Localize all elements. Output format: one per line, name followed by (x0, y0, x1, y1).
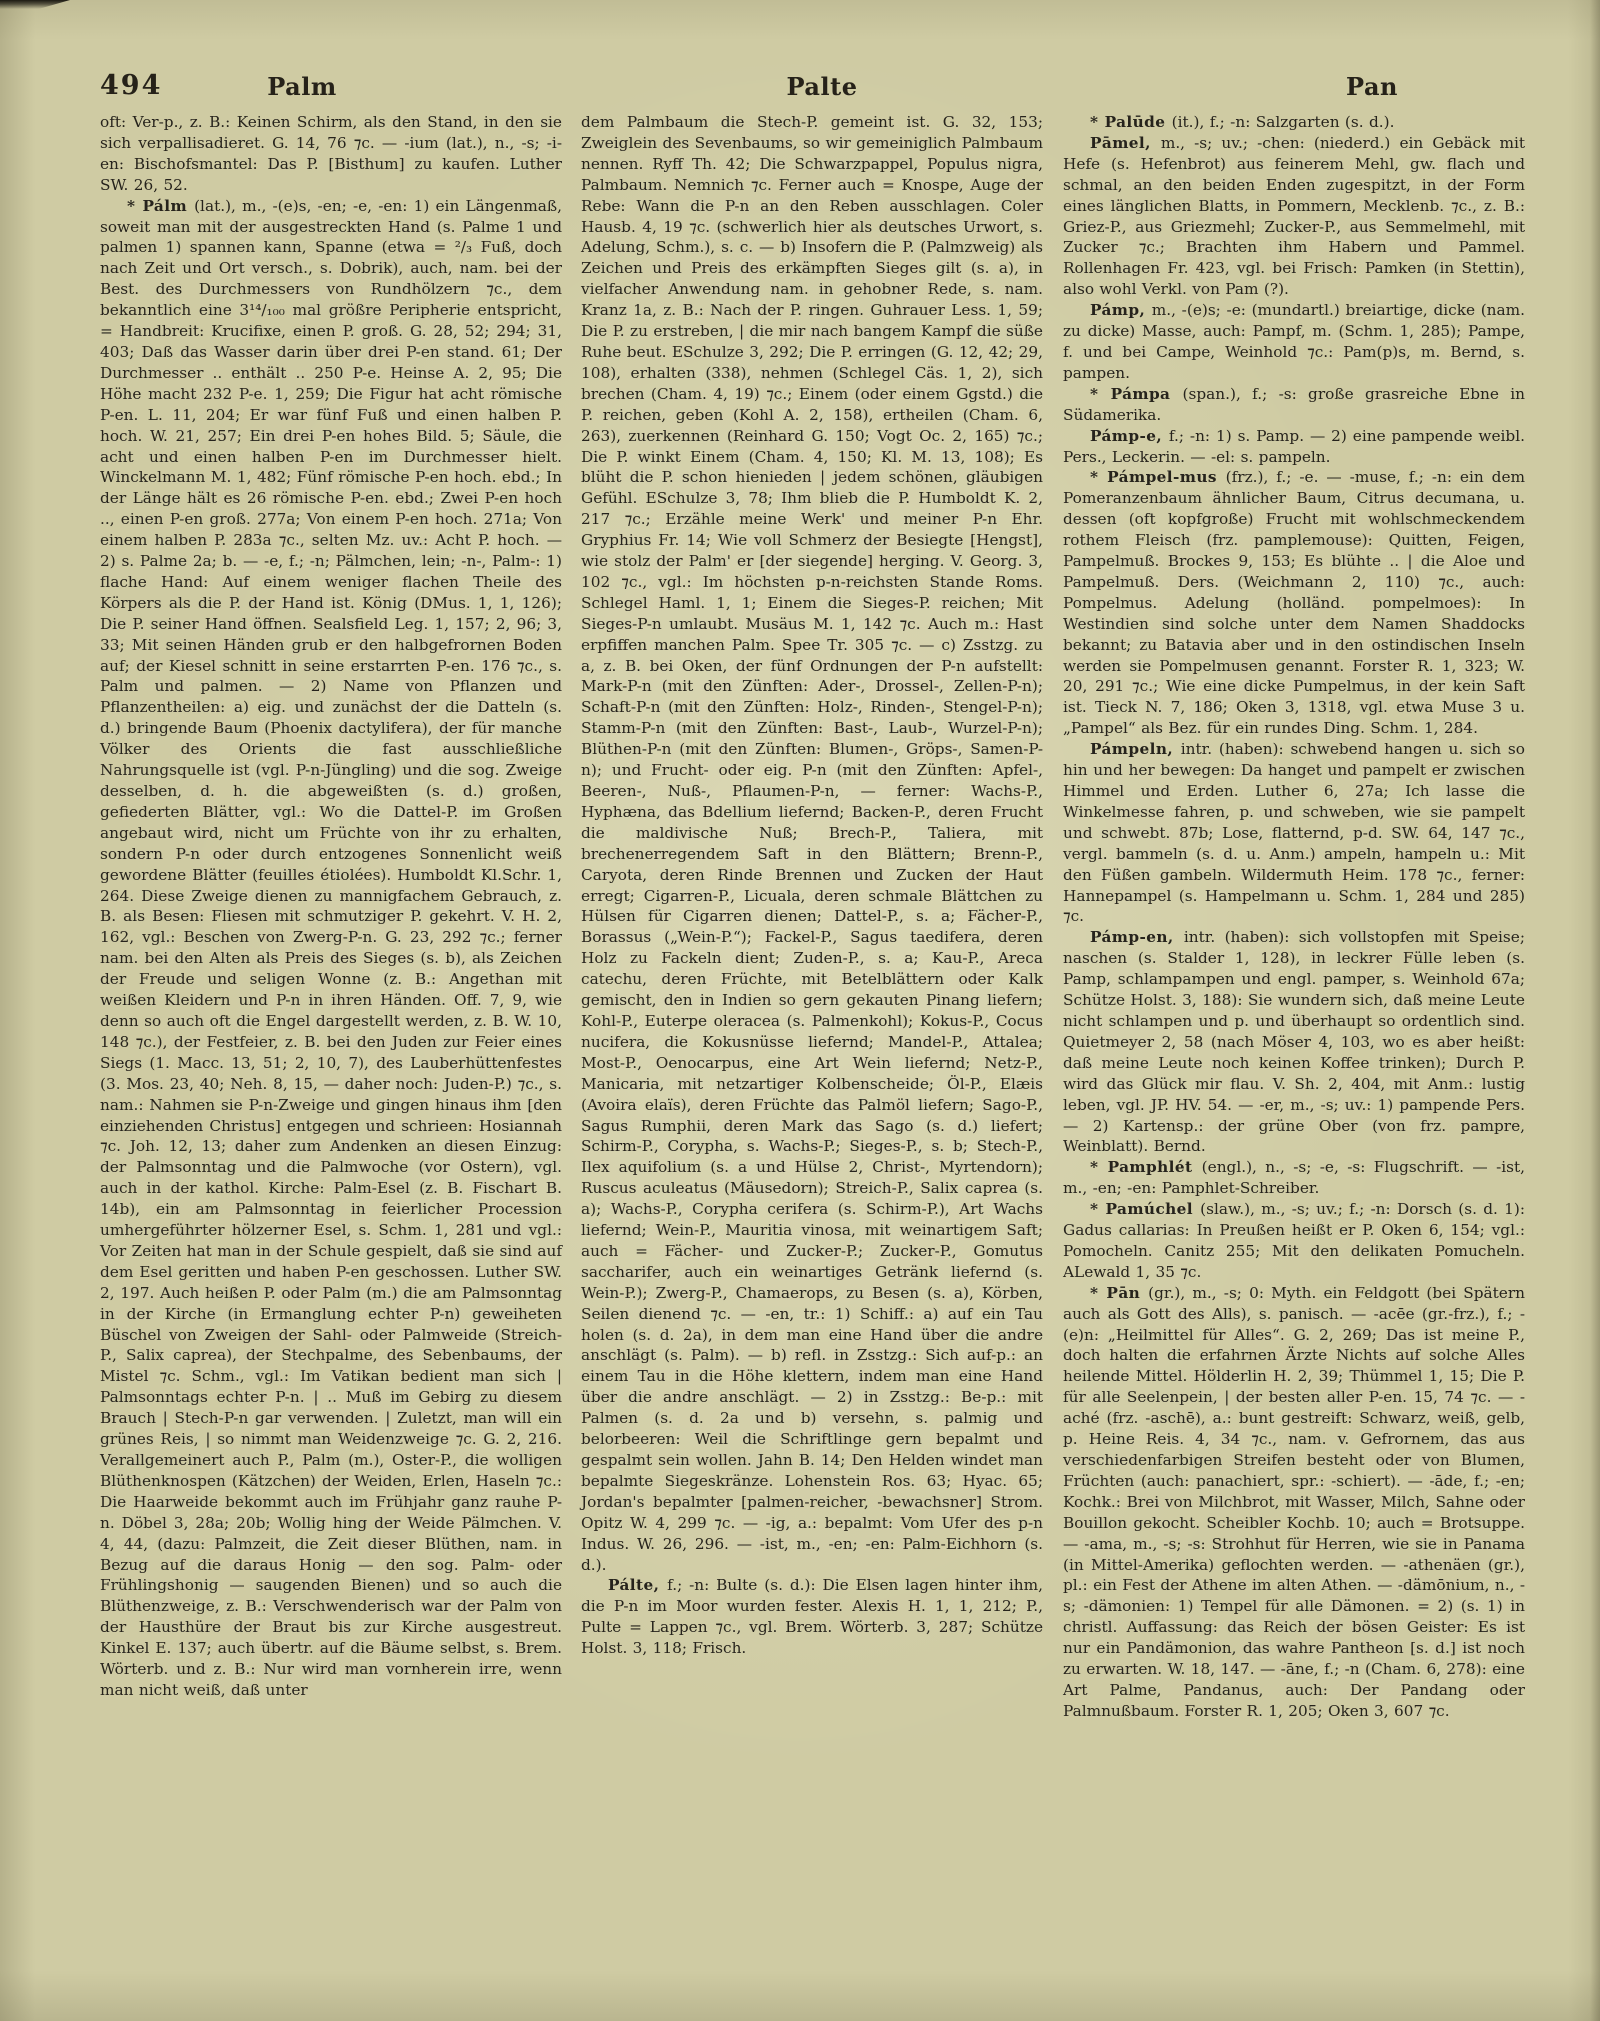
dictionary-paragraph: Pámpeln, intr. (haben): schwebend hangen… (1063, 739, 1525, 927)
entry-headword: * Pámpa (1090, 385, 1183, 403)
entry-headword: * Pálm (127, 197, 194, 215)
running-head-keyword-palm: Palm (267, 72, 336, 101)
running-head-keyword-palte: Palte (787, 72, 858, 101)
running-head-keyword-pan: Pan (1346, 72, 1398, 101)
text-column: * Palūde (it.), f.; -n: Salzgarten (s. d… (1063, 112, 1525, 1722)
dictionary-paragraph: * Pamúchel (slaw.), m., -s; uv.; f.; -n:… (1063, 1199, 1525, 1283)
entry-headword: * Pān (1090, 1284, 1148, 1302)
entry-headword: * Pamúchel (1090, 1200, 1200, 1218)
dictionary-paragraph: Pálte, f.; -n: Bulte (s. d.): Die Elsen … (581, 1575, 1043, 1659)
dictionary-paragraph: Pámp-en, intr. (haben): sich vollstopfen… (1063, 927, 1525, 1157)
page-corner-shadow (0, 0, 70, 9)
entry-headword: Pámp-en, (1090, 928, 1184, 946)
entry-headword: Pámp, (1090, 301, 1152, 319)
entry-headword: * Pamphlét (1090, 1158, 1202, 1176)
dictionary-paragraph: * Pámpel-mus (frz.), f.; -e. — -muse, f.… (1063, 467, 1525, 739)
dictionary-paragraph: * Pamphlét (engl.), n., -s; -e, -s: Flug… (1063, 1157, 1525, 1199)
dictionary-paragraph: Pāmel, m., -s; uv.; -chen: (niederd.) ei… (1063, 133, 1525, 300)
page-edge-shadow (1590, 0, 1600, 2021)
dictionary-paragraph: Pámp, m., -(e)s; -e: (mundartl.) breiart… (1063, 300, 1525, 384)
text-column: oft: Ver-p., z. B.: Keinen Schirm, als d… (100, 112, 562, 1701)
running-head: 494 Palm Palte Pan (0, 70, 1600, 106)
dictionary-paragraph: Pámp-e, f.; -n: 1) s. Pamp. — 2) eine pa… (1063, 426, 1525, 468)
dictionary-paragraph: dem Palmbaum die Stech-P. gemeint ist. G… (581, 112, 1043, 1575)
dictionary-paragraph: oft: Ver-p., z. B.: Keinen Schirm, als d… (100, 112, 562, 196)
entry-headword: Pámp-e, (1090, 427, 1169, 445)
entry-headword: * Pámpel-mus (1090, 468, 1226, 486)
entry-headword: Pāmel, (1090, 134, 1161, 152)
entry-headword: * Palūde (1090, 113, 1172, 131)
entry-headword: Pámpeln, (1090, 740, 1181, 758)
dictionary-paragraph: * Palūde (it.), f.; -n: Salzgarten (s. d… (1063, 112, 1525, 133)
page-number: 494 (100, 70, 162, 101)
text-column: dem Palmbaum die Stech-P. gemeint ist. G… (581, 112, 1043, 1659)
entry-headword: Pálte, (608, 1576, 667, 1594)
dictionary-paragraph: * Pān (gr.), m., -s; 0: Myth. ein Feldgo… (1063, 1283, 1525, 1722)
scanned-dictionary-page: { "page": { "number": "494", "keywords":… (0, 0, 1600, 2021)
dictionary-paragraph: * Pálm (lat.), m., -(e)s, -en; -e, -en: … (100, 196, 562, 1701)
dictionary-paragraph: * Pámpa (span.), f.; -s: große grasreich… (1063, 384, 1525, 426)
